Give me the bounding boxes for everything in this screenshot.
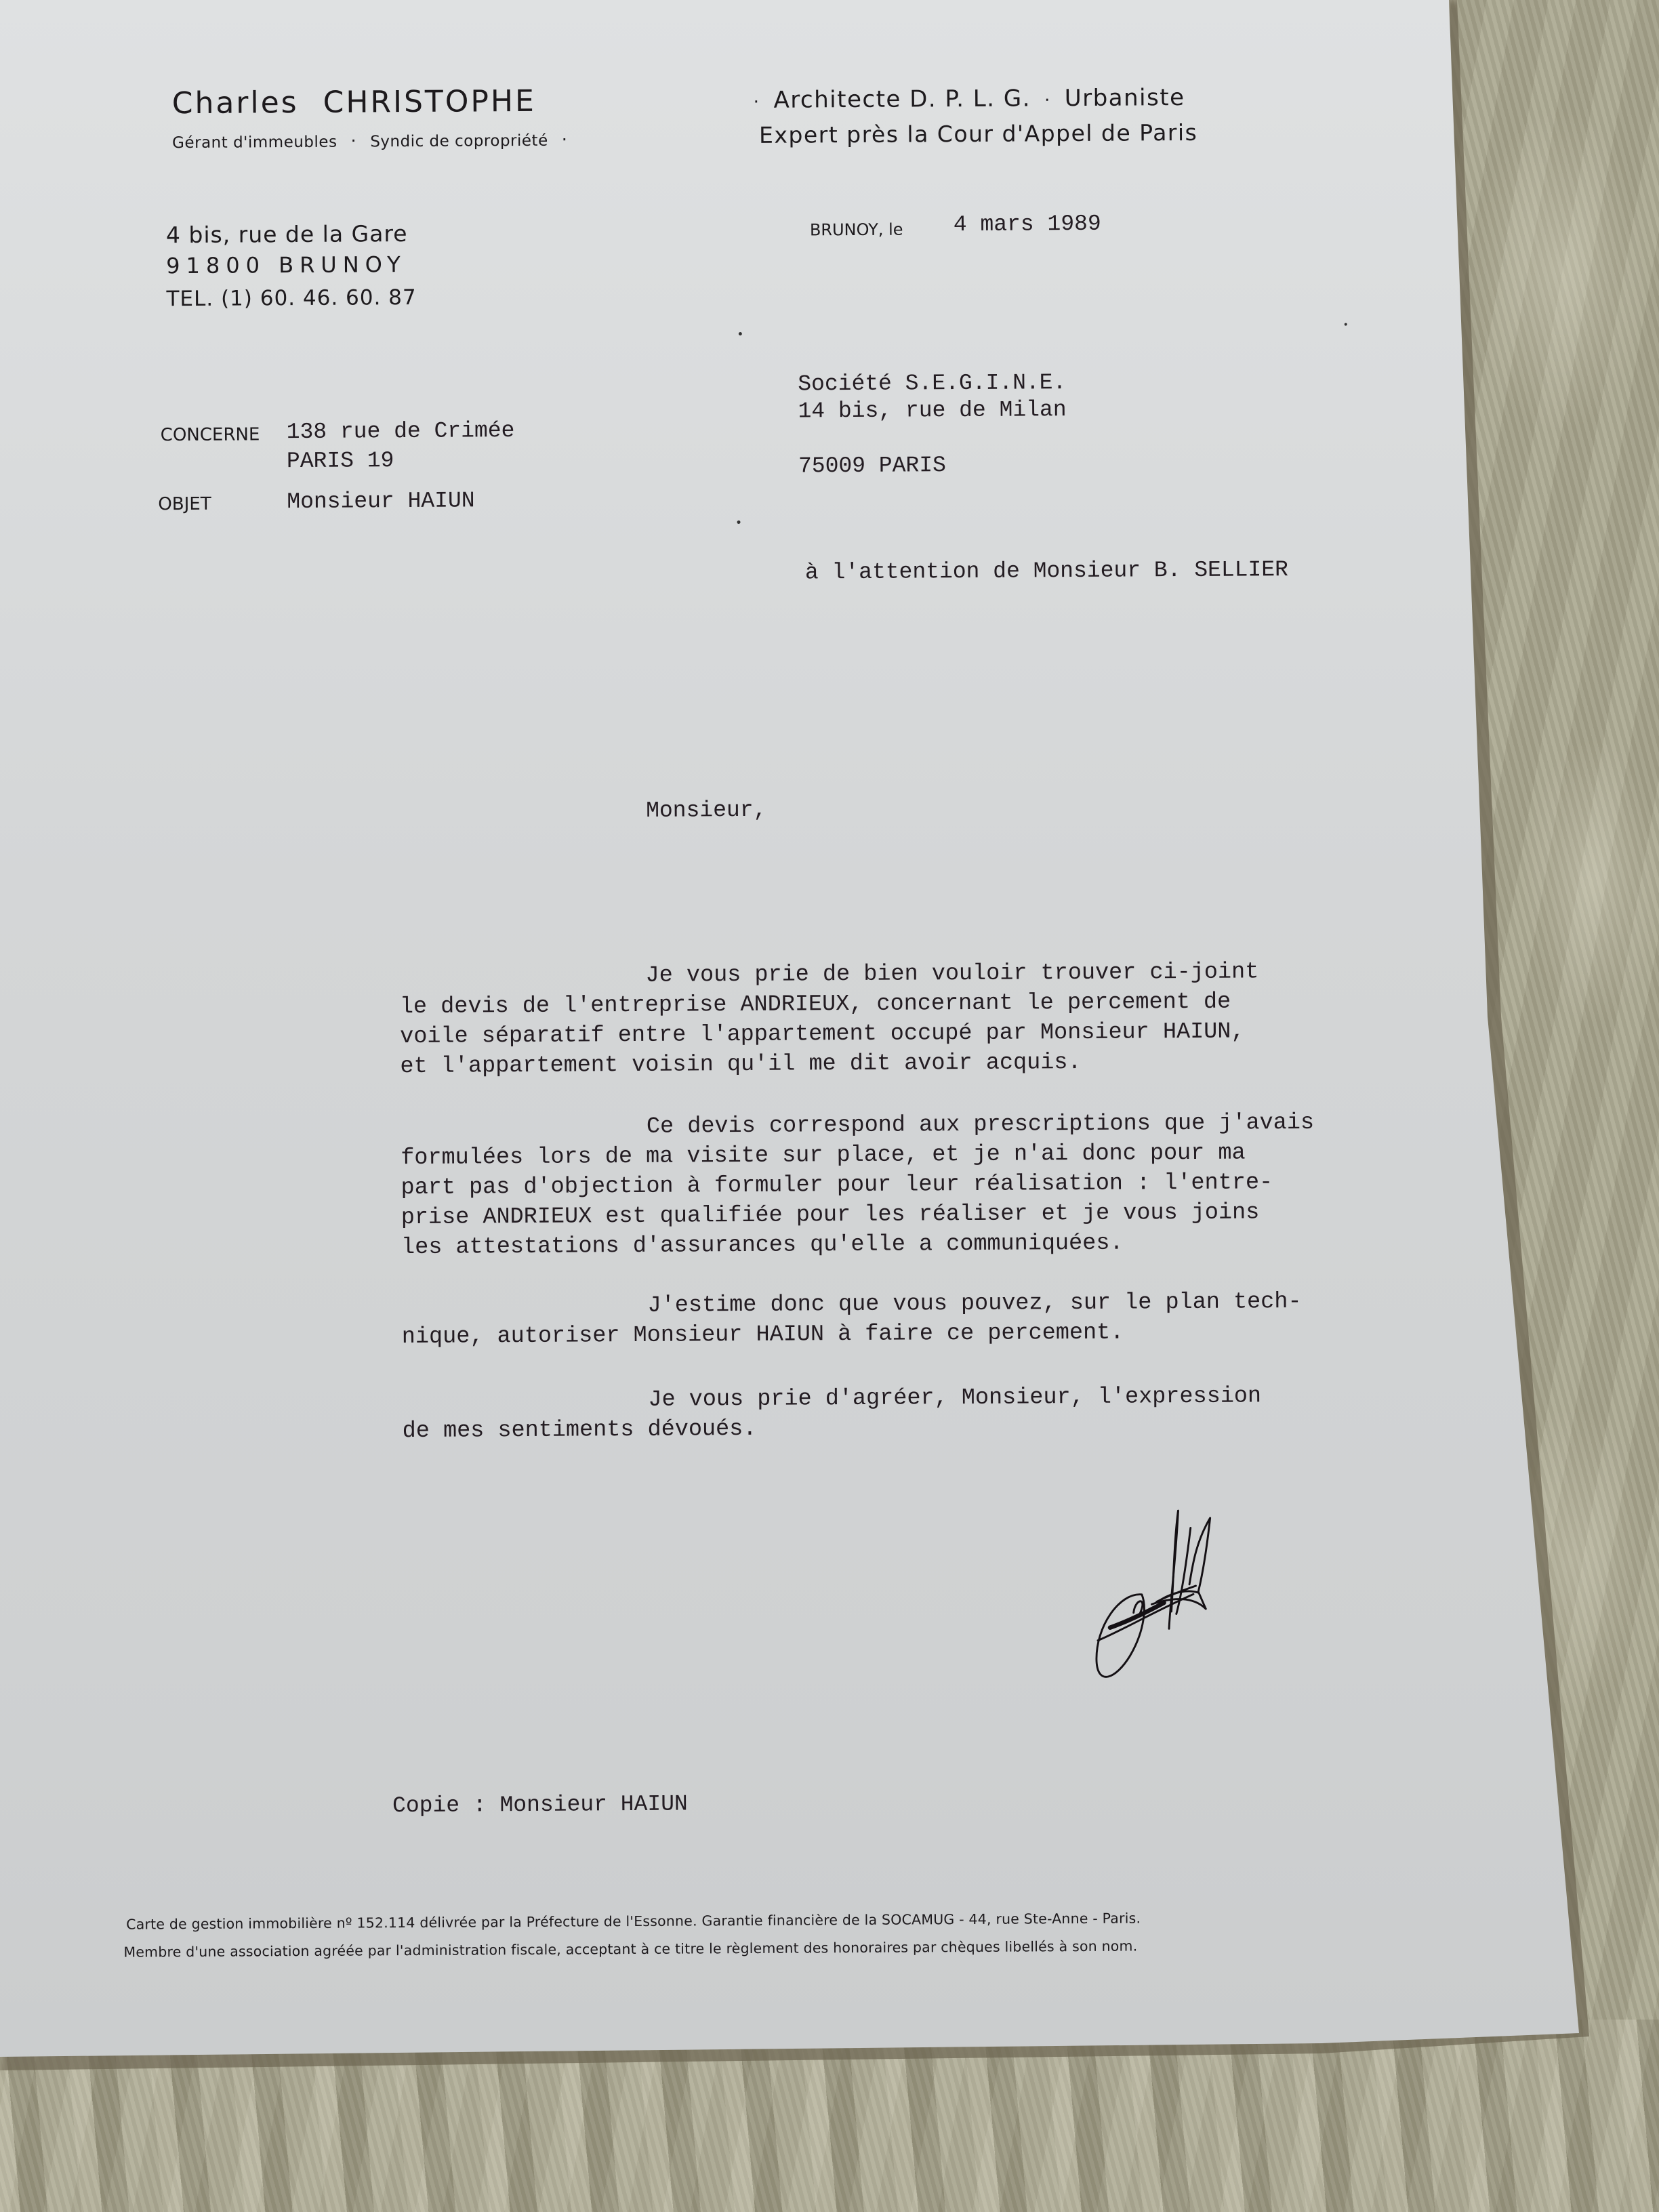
first-name: Charles (172, 85, 299, 121)
body-line: voile séparatif entre l'appartement occu… (400, 1019, 1245, 1050)
sender-city: 91800 BRUNOY (166, 251, 407, 279)
letterhead-expert: Expert près la Cour d'Appel de Paris (759, 119, 1197, 148)
recipient-company: Société S.E.G.I.N.E. (798, 370, 1066, 396)
body-line: nique, autoriser Monsieur HAIUN à faire … (402, 1320, 1124, 1351)
role-syndic: Syndic de copropriété (370, 132, 548, 151)
separator: · (1031, 90, 1065, 110)
concerne-line-1: 138 rue de Crimée (287, 418, 515, 445)
body-line: prise ANDRIEUX est qualifiée pour les ré… (401, 1200, 1260, 1231)
body-line: formulées lors de ma visite sur place, e… (401, 1140, 1246, 1171)
objet-label: OBJET (158, 494, 211, 514)
footer-line-1: Carte de gestion immobilière nº 152.114 … (126, 1910, 1141, 1932)
last-name: CHRISTOPHE (323, 84, 536, 120)
sender-street: 4 bis, rue de la Gare (166, 220, 408, 248)
date-place: BRUNOY, le (810, 220, 903, 240)
role-manager: Gérant d'immeubles (172, 134, 337, 152)
separator: · (548, 129, 581, 150)
title-architect: Architecte D. P. L. G. (773, 85, 1031, 113)
sender-phone: TEL. (1) 60. 46. 60. 87 (166, 285, 416, 311)
title-urbanist: Urbaniste (1065, 84, 1185, 112)
body-line: Je vous prie de bien vouloir trouver ci-… (646, 959, 1259, 989)
letter-date: 4 mars 1989 (954, 211, 1101, 237)
paper-speck (739, 332, 742, 335)
body-line: le devis de l'entreprise ANDRIEUX, conce… (400, 989, 1231, 1020)
footer-line-2: Membre d'une association agréée par l'ad… (123, 1938, 1137, 1960)
copy-recipient: Copie : Monsieur HAIUN (392, 1792, 688, 1819)
body-line: et l'appartement voisin qu'il me dit avo… (400, 1050, 1081, 1080)
separator: · (337, 131, 370, 151)
letterhead-title: ·Architecte D. P. L. G.·Urbaniste (740, 84, 1185, 114)
body-line: les attestations d'assurances qu'elle a … (401, 1231, 1124, 1261)
recipient-attention: à l'attention de Monsieur B. SELLIER (805, 557, 1288, 585)
separator: · (740, 92, 774, 112)
salutation: Monsieur, (646, 798, 766, 823)
body-line: part pas d'objection à formuler pour leu… (401, 1170, 1273, 1201)
paper-speck (1345, 323, 1347, 326)
body-line: Ce devis correspond aux prescriptions qu… (647, 1110, 1314, 1140)
letterhead-name: CharlesCHRISTOPHE (172, 84, 536, 121)
paper-speck (737, 520, 741, 524)
body-line: de mes sentiments dévoués. (403, 1416, 757, 1444)
body-line: Je vous prie d'agréer, Monsieur, l'expre… (648, 1383, 1261, 1413)
recipient-city: 75009 PARIS (798, 453, 946, 478)
concerne-line-2: PARIS 19 (287, 448, 394, 474)
signature-icon (1060, 1474, 1258, 1719)
concerne-label: CONCERNE (161, 424, 260, 445)
letter-document: CharlesCHRISTOPHE ·Architecte D. P. L. G… (0, 0, 1659, 2212)
body-line: J'estime donc que vous pouvez, sur le pl… (647, 1289, 1301, 1319)
objet-value: Monsieur HAIUN (287, 488, 474, 514)
recipient-street: 14 bis, rue de Milan (798, 397, 1066, 424)
letterhead-roles: Gérant d'immeubles·Syndic de copropriété… (172, 129, 581, 152)
